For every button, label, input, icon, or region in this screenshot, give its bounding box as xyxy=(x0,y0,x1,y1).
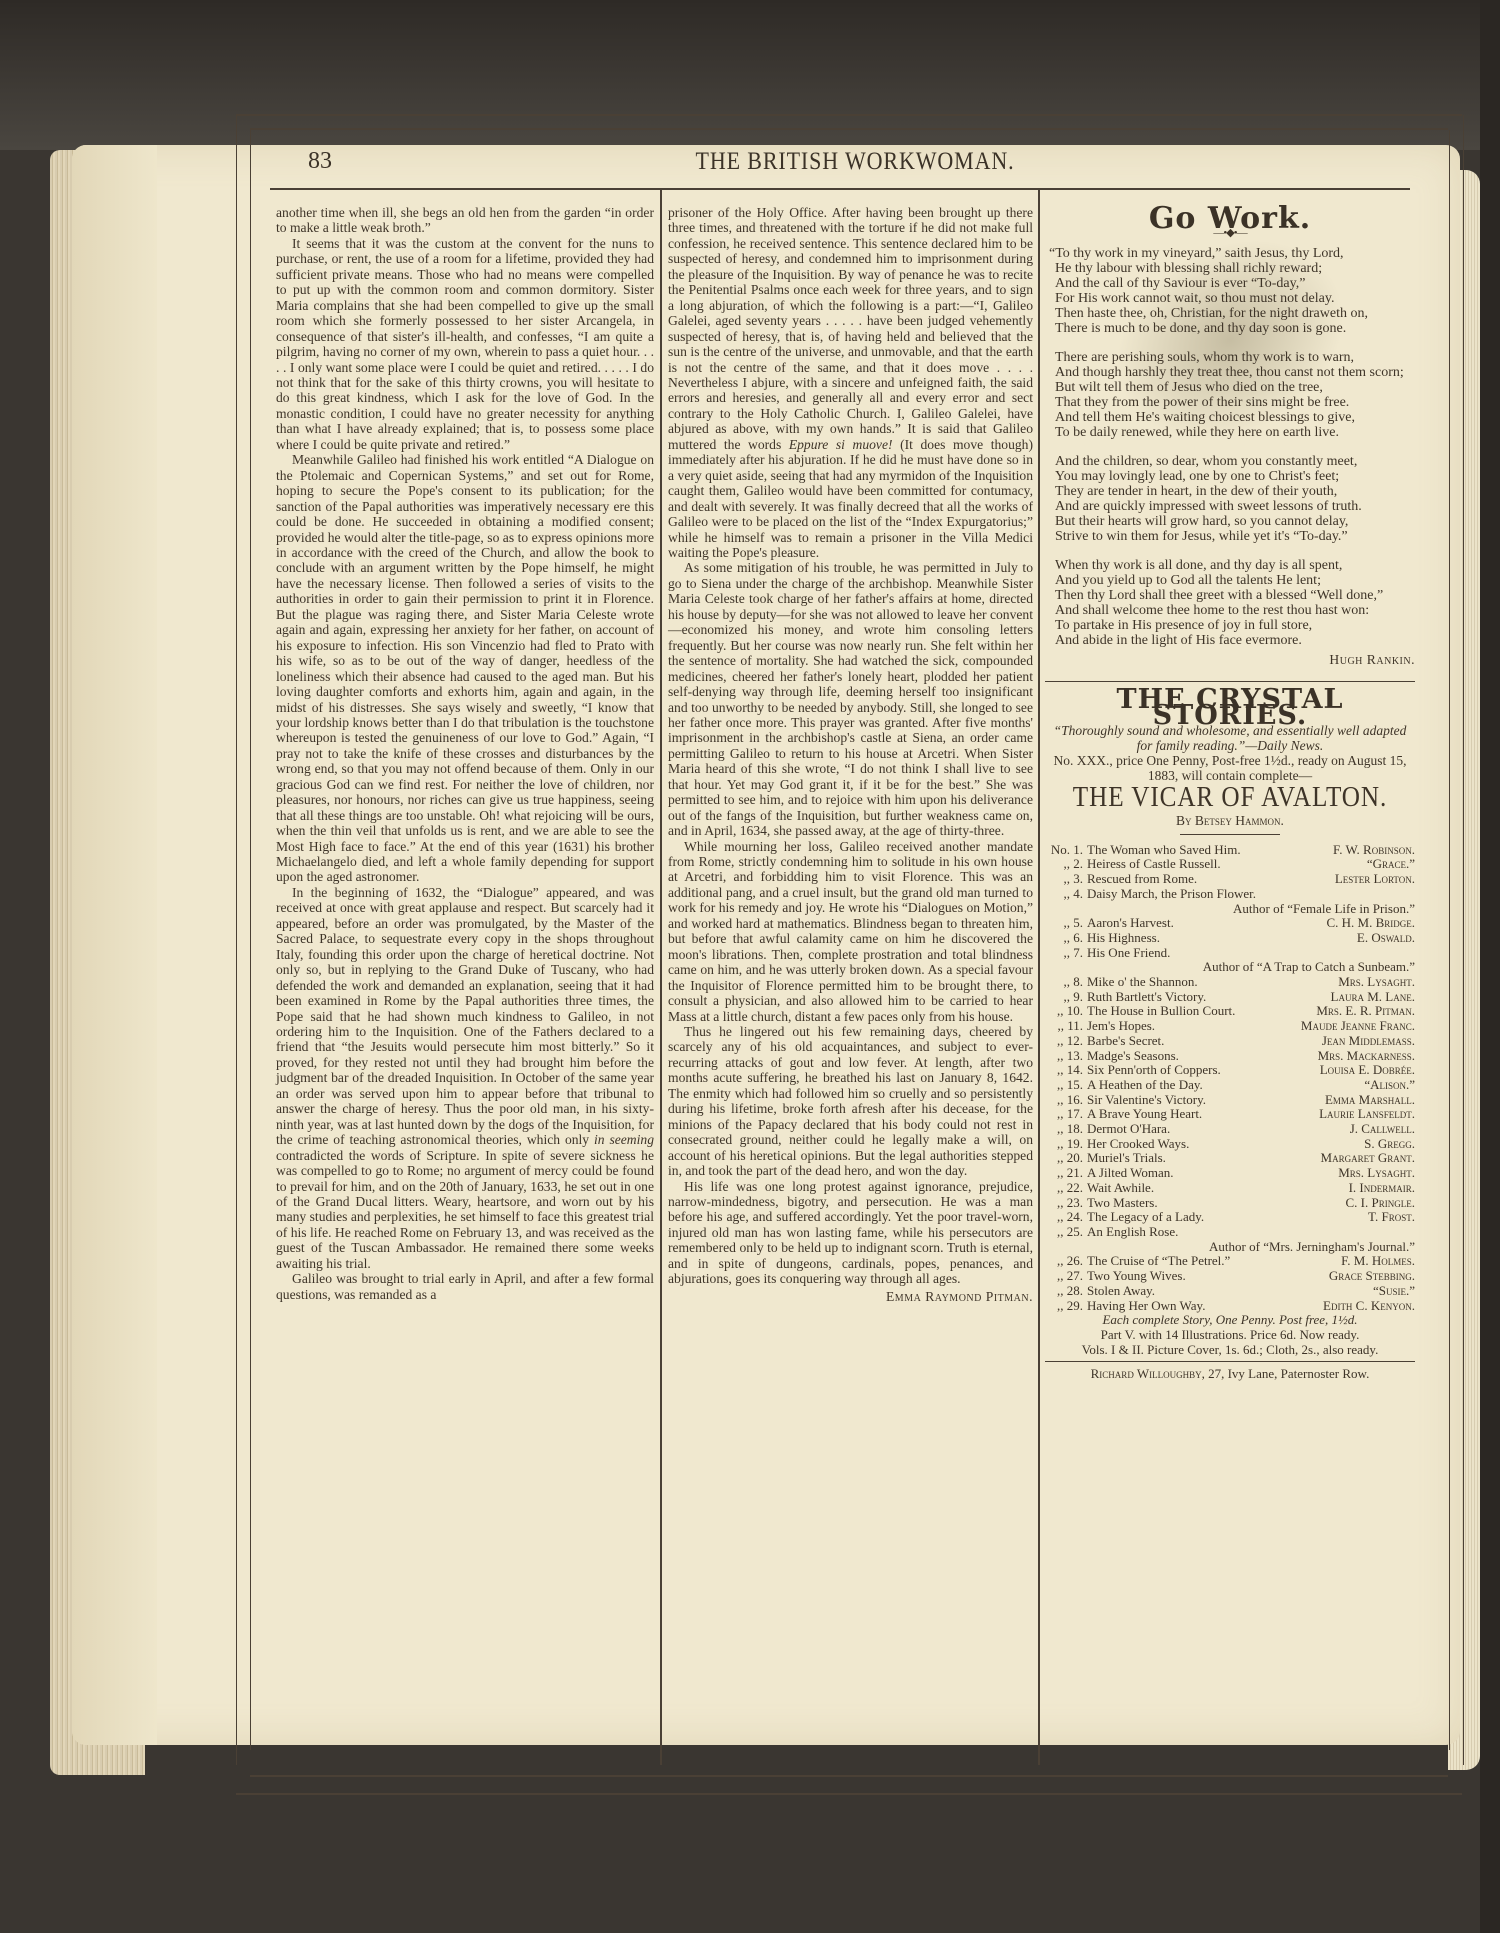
publisher-name: Richard Willoughby, xyxy=(1091,1366,1205,1381)
story-number: ,, 3. xyxy=(1045,872,1087,887)
story-author: Maude Jeanne Franc. xyxy=(1301,1019,1415,1034)
poem-line: That they from the power of their sins m… xyxy=(1045,395,1415,410)
story-title: Jem's Hopes. xyxy=(1087,1019,1301,1034)
story-list-item: ,, 25.An English Rose. xyxy=(1045,1225,1415,1240)
article-paragraph: Galileo was brought to trial early in Ap… xyxy=(276,1271,654,1302)
advert-price-note: Each complete Story, One Penny. Post fre… xyxy=(1045,1313,1415,1328)
article-column-1: another time when ill, she begs an old h… xyxy=(276,205,654,1302)
poem-line: And the call of thy Saviour is ever “To-… xyxy=(1045,276,1415,291)
story-author: Margaret Grant. xyxy=(1321,1151,1415,1166)
story-number: ,, 15. xyxy=(1045,1078,1087,1093)
poem-line: He thy labour with blessing shall richly… xyxy=(1045,261,1415,276)
story-title: A Heathen of the Day. xyxy=(1087,1078,1364,1093)
advert-publisher: Richard Willoughby, 27, Ivy Lane, Patern… xyxy=(1045,1361,1415,1381)
outer-top-rule xyxy=(236,114,1462,116)
masthead-title: THE BRITISH WORKWOMAN. xyxy=(349,148,1361,176)
story-list-item: ,, 24.The Legacy of a Lady.T. Frost. xyxy=(1045,1210,1415,1225)
poem-line: For His work cannot wait, so thou must n… xyxy=(1045,291,1415,306)
advertisement-crystal-stories: THE CRYSTAL STORIES. “Thoroughly sound a… xyxy=(1045,692,1415,1381)
column-divider-2 xyxy=(1038,190,1040,1765)
page-header: 83 THE BRITISH WORKWOMAN. xyxy=(280,140,1430,190)
article-paragraph: In the beginning of 1632, the “Dialogue”… xyxy=(276,885,654,1271)
poem-line: And you yield up to God all the talents … xyxy=(1045,573,1415,588)
story-number: ,, 10. xyxy=(1045,1004,1087,1019)
story-author: F. M. Holmes. xyxy=(1341,1254,1415,1269)
story-author: F. W. Robinson. xyxy=(1333,843,1415,858)
poem-title: Go Work. xyxy=(1045,211,1415,226)
story-list-item: ,, 13.Madge's Seasons.Mrs. Mackarness. xyxy=(1045,1049,1415,1064)
story-number: ,, 18. xyxy=(1045,1122,1087,1137)
story-author: E. Oswald. xyxy=(1357,931,1415,946)
story-list-item: ,, 17.A Brave Young Heart.Laurie Lansfel… xyxy=(1045,1107,1415,1122)
story-title: Daisy March, the Prison Flower. xyxy=(1087,887,1415,902)
poem-line: To partake in His presence of joy in ful… xyxy=(1045,618,1415,633)
story-title: Muriel's Trials. xyxy=(1087,1151,1321,1166)
poem-line: They are tender in heart, in the dew of … xyxy=(1045,484,1415,499)
story-title: A Brave Young Heart. xyxy=(1087,1107,1319,1122)
story-list: No. 1.The Woman who Saved Him.F. W. Robi… xyxy=(1045,843,1415,1314)
story-author: T. Frost. xyxy=(1368,1210,1415,1225)
story-author-attribution: Author of “A Trap to Catch a Sunbeam.” xyxy=(1045,960,1415,975)
page-gutter xyxy=(72,145,157,1745)
story-list-item: ,, 12.Barbe's Secret.Jean Middlemass. xyxy=(1045,1034,1415,1049)
story-list-item: ,, 10.The House in Bullion Court.Mrs. E.… xyxy=(1045,1004,1415,1019)
story-title: Having Her Own Way. xyxy=(1087,1299,1323,1314)
story-author: “Susie.” xyxy=(1373,1284,1415,1299)
story-author: Emma Marshall. xyxy=(1325,1093,1415,1108)
story-number: No. 1. xyxy=(1045,843,1087,858)
story-author-attribution: Author of “Female Life in Prison.” xyxy=(1045,902,1415,917)
story-list-item: ,, 11.Jem's Hopes.Maude Jeanne Franc. xyxy=(1045,1019,1415,1034)
story-list-item: ,, 23.Two Masters.C. I. Pringle. xyxy=(1045,1196,1415,1211)
advert-quote: “Thoroughly sound and wholesome, and ess… xyxy=(1045,723,1415,753)
story-number: ,, 20. xyxy=(1045,1151,1087,1166)
story-title: Barbe's Secret. xyxy=(1087,1034,1322,1049)
story-title: Wait Awhile. xyxy=(1087,1181,1349,1196)
story-number: ,, 4. xyxy=(1045,887,1087,902)
advert-feature-author: By Betsey Hammon. xyxy=(1045,813,1415,828)
story-author: C. H. M. Bridge. xyxy=(1326,916,1415,931)
story-title: Dermot O'Hara. xyxy=(1087,1122,1350,1137)
story-number: ,, 28. xyxy=(1045,1284,1087,1299)
article-column-2: prisoner of the Holy Office. After havin… xyxy=(668,205,1033,1304)
story-list-item: ,, 9.Ruth Bartlett's Victory.Laura M. La… xyxy=(1045,990,1415,1005)
story-list-item: No. 1.The Woman who Saved Him.F. W. Robi… xyxy=(1045,843,1415,858)
story-title: Madge's Seasons. xyxy=(1087,1049,1318,1064)
story-title: The Legacy of a Lady. xyxy=(1087,1210,1368,1225)
story-title: Heiress of Castle Russell. xyxy=(1087,857,1367,872)
advert-title: THE CRYSTAL STORIES. xyxy=(1045,692,1415,723)
story-list-item: ,, 29.Having Her Own Way.Edith C. Kenyon… xyxy=(1045,1299,1415,1314)
story-author-attribution: Author of “Mrs. Jerningham's Journal.” xyxy=(1045,1240,1415,1255)
story-title: Stolen Away. xyxy=(1087,1284,1373,1299)
story-list-item: ,, 7.His One Friend. xyxy=(1045,946,1415,961)
poem-line: But wilt tell them of Jesus who died on … xyxy=(1045,380,1415,395)
story-author: Mrs. E. R. Pitman. xyxy=(1316,1004,1415,1019)
inner-bottom-rule xyxy=(250,1775,1448,1777)
story-list-item: ,, 22.Wait Awhile.I. Indermair. xyxy=(1045,1181,1415,1196)
story-title: His Highness. xyxy=(1087,931,1357,946)
story-number: ,, 27. xyxy=(1045,1269,1087,1284)
poem-line: And the children, so dear, whom you cons… xyxy=(1045,454,1415,469)
story-author: Grace Stebbing. xyxy=(1329,1269,1415,1284)
poem-line: Strive to win them for Jesus, while yet … xyxy=(1045,529,1415,544)
article-paragraph: It seems that it was the custom at the c… xyxy=(276,236,654,452)
story-title: The Woman who Saved Him. xyxy=(1087,843,1333,858)
poem-stanza: “To thy work in my vineyard,” saith Jesu… xyxy=(1045,246,1415,336)
story-author: C. I. Pringle. xyxy=(1346,1196,1415,1211)
story-author: Mrs. Lysaght. xyxy=(1338,975,1415,990)
article-paragraph: As some mitigation of his trouble, he wa… xyxy=(668,560,1033,838)
poem-line: To be daily renewed, while they here on … xyxy=(1045,425,1415,440)
italic-phrase: Eppure si muove! xyxy=(789,437,893,452)
story-number: ,, 23. xyxy=(1045,1196,1087,1211)
story-author: Lester Lorton. xyxy=(1335,872,1415,887)
story-author: Edith C. Kenyon. xyxy=(1323,1299,1415,1314)
poem-line: Then haste thee, oh, Christian, for the … xyxy=(1045,306,1415,321)
story-number: ,, 21. xyxy=(1045,1166,1087,1181)
story-number: ,, 9. xyxy=(1045,990,1087,1005)
poem-line: There are perishing souls, whom thy work… xyxy=(1045,350,1415,365)
poem-line: When thy work is all done, and thy day i… xyxy=(1045,558,1415,573)
story-number: ,, 16. xyxy=(1045,1093,1087,1108)
story-number: ,, 6. xyxy=(1045,931,1087,946)
article-paragraph: While mourning her loss, Galileo receive… xyxy=(668,839,1033,1024)
story-title: An English Rose. xyxy=(1087,1225,1415,1240)
story-number: ,, 25. xyxy=(1045,1225,1087,1240)
italic-phrase: in seeming xyxy=(594,1132,654,1147)
story-list-item: ,, 2.Heiress of Castle Russell.“Grace.” xyxy=(1045,857,1415,872)
advert-feature-title: THE VICAR OF AVALTON. xyxy=(1064,783,1397,813)
story-number: ,, 17. xyxy=(1045,1107,1087,1122)
story-author: J. Callwell. xyxy=(1350,1122,1415,1137)
story-author: Jean Middlemass. xyxy=(1322,1034,1415,1049)
story-title: Two Masters. xyxy=(1087,1196,1346,1211)
article-paragraph: another time when ill, she begs an old h… xyxy=(276,205,654,236)
scan-background-right xyxy=(1480,0,1500,1933)
poem-line: But their hearts will grow hard, so you … xyxy=(1045,514,1415,529)
page-number: 83 xyxy=(308,148,332,175)
poem-line: And tell them He's waiting choicest bles… xyxy=(1045,410,1415,425)
poem-line: And shall welcome thee home to the rest … xyxy=(1045,603,1415,618)
story-list-item: ,, 3.Rescued from Rome.Lester Lorton. xyxy=(1045,872,1415,887)
story-list-item: ,, 15.A Heathen of the Day.“Alison.” xyxy=(1045,1078,1415,1093)
story-title: His One Friend. xyxy=(1087,946,1415,961)
ornament-divider-icon: —•◆•— xyxy=(1045,226,1415,241)
poem-stanza: When thy work is all done, and thy day i… xyxy=(1045,558,1415,648)
story-list-item: ,, 27.Two Young Wives.Grace Stebbing. xyxy=(1045,1269,1415,1284)
article-paragraph: Meanwhile Galileo had finished his work … xyxy=(276,452,654,885)
story-list-item: ,, 8.Mike o' the Shannon.Mrs. Lysaght. xyxy=(1045,975,1415,990)
story-list-item: ,, 21.A Jilted Woman.Mrs. Lysaght. xyxy=(1045,1166,1415,1181)
section-rule xyxy=(1045,681,1415,682)
story-title: Rescued from Rome. xyxy=(1087,872,1335,887)
story-title: Mike o' the Shannon. xyxy=(1087,975,1338,990)
poem-stanza: And the children, so dear, whom you cons… xyxy=(1045,454,1415,544)
story-title: The Cruise of “The Petrel.” xyxy=(1087,1254,1341,1269)
story-author: S. Gregg. xyxy=(1364,1137,1415,1152)
article-text: (It does move though) immediately after … xyxy=(668,437,1033,560)
poem-line: You may lovingly lead, one by one to Chr… xyxy=(1045,469,1415,484)
story-title: Ruth Bartlett's Victory. xyxy=(1087,990,1331,1005)
poem-line: There is much to be done, and thy day so… xyxy=(1045,321,1415,336)
story-author: Louisa E. Dobrée. xyxy=(1320,1063,1415,1078)
article-author-signature: Emma Raymond Pitman. xyxy=(668,1289,1033,1304)
story-number: ,, 26. xyxy=(1045,1254,1087,1269)
story-number: ,, 13. xyxy=(1045,1049,1087,1064)
story-number: ,, 5. xyxy=(1045,916,1087,931)
story-author: Laura M. Lane. xyxy=(1331,990,1415,1005)
story-list-item: ,, 18.Dermot O'Hara.J. Callwell. xyxy=(1045,1122,1415,1137)
story-list-item: ,, 4.Daisy March, the Prison Flower. xyxy=(1045,887,1415,902)
story-list-item: ,, 5.Aaron's Harvest.C. H. M. Bridge. xyxy=(1045,916,1415,931)
advert-separator xyxy=(1180,834,1280,835)
story-number: ,, 7. xyxy=(1045,946,1087,961)
story-number: ,, 14. xyxy=(1045,1063,1087,1078)
story-number: ,, 11. xyxy=(1045,1019,1087,1034)
article-paragraph: Thus he lingered out his few remaining d… xyxy=(668,1024,1033,1179)
story-author: I. Indermair. xyxy=(1349,1181,1415,1196)
story-number: ,, 8. xyxy=(1045,975,1087,990)
advert-part-note: Part V. with 14 Illustrations. Price 6d.… xyxy=(1045,1328,1415,1343)
poem-line: “To thy work in my vineyard,” saith Jesu… xyxy=(1045,246,1415,261)
article-text: prisoner of the Holy Office. After havin… xyxy=(668,205,1033,452)
poem-line: And though harshly they treat thee, thou… xyxy=(1045,365,1415,380)
article-paragraph: prisoner of the Holy Office. After havin… xyxy=(668,205,1033,560)
article-paragraph: His life was one long protest against ig… xyxy=(668,1179,1033,1287)
story-number: ,, 24. xyxy=(1045,1210,1087,1225)
outer-bottom-rule xyxy=(236,1793,1462,1795)
story-title: Aaron's Harvest. xyxy=(1087,916,1326,931)
poem-line: And are quickly impressed with sweet les… xyxy=(1045,499,1415,514)
story-number: ,, 19. xyxy=(1045,1137,1087,1152)
story-number: ,, 22. xyxy=(1045,1181,1087,1196)
story-list-item: ,, 16.Sir Valentine's Victory.Emma Marsh… xyxy=(1045,1093,1415,1108)
story-title: The House in Bullion Court. xyxy=(1087,1004,1316,1019)
story-list-item: ,, 14.Six Penn'orth of Coppers.Louisa E.… xyxy=(1045,1063,1415,1078)
story-list-item: ,, 19.Her Crooked Ways.S. Gregg. xyxy=(1045,1137,1415,1152)
poem: Go Work. —•◆•— “To thy work in my vineya… xyxy=(1045,211,1415,667)
poem-line: And abide in the light of His face everm… xyxy=(1045,633,1415,648)
column-3: Go Work. —•◆•— “To thy work in my vineya… xyxy=(1045,205,1415,1382)
poem-author: Hugh Rankin. xyxy=(1045,652,1415,667)
story-title: Her Crooked Ways. xyxy=(1087,1137,1364,1152)
story-title: Two Young Wives. xyxy=(1087,1269,1329,1284)
story-title: Six Penn'orth of Coppers. xyxy=(1087,1063,1320,1078)
article-text: In the beginning of 1632, the “Dialogue”… xyxy=(276,885,654,1147)
story-list-item: ,, 26.The Cruise of “The Petrel.”F. M. H… xyxy=(1045,1254,1415,1269)
story-title: Sir Valentine's Victory. xyxy=(1087,1093,1325,1108)
publisher-address: 27, Ivy Lane, Paternoster Row. xyxy=(1205,1366,1370,1381)
story-number: ,, 2. xyxy=(1045,857,1087,872)
story-list-item: ,, 20.Muriel's Trials.Margaret Grant. xyxy=(1045,1151,1415,1166)
advert-vols-note: Vols. I & II. Picture Cover, 1s. 6d.; Cl… xyxy=(1045,1343,1415,1358)
article-text: contradicted the words of Scripture. In … xyxy=(276,1148,654,1271)
advert-issue-info: No. XXX., price One Penny, Post-free 1½d… xyxy=(1045,753,1415,783)
poem-stanzas: “To thy work in my vineyard,” saith Jesu… xyxy=(1045,246,1415,648)
story-author: “Grace.” xyxy=(1367,857,1415,872)
story-author: Mrs. Mackarness. xyxy=(1318,1049,1415,1064)
poem-line: Then thy Lord shall thee greet with a bl… xyxy=(1045,588,1415,603)
story-number: ,, 12. xyxy=(1045,1034,1087,1049)
story-author: “Alison.” xyxy=(1364,1078,1415,1093)
column-divider-1 xyxy=(660,190,662,1765)
story-number: ,, 29. xyxy=(1045,1299,1087,1314)
story-author: Mrs. Lysaght. xyxy=(1338,1166,1415,1181)
poem-stanza: There are perishing souls, whom thy work… xyxy=(1045,350,1415,440)
story-list-item: ,, 28.Stolen Away.“Susie.” xyxy=(1045,1284,1415,1299)
story-list-item: ,, 6.His Highness.E. Oswald. xyxy=(1045,931,1415,946)
story-author: Laurie Lansfeldt. xyxy=(1319,1107,1415,1122)
story-title: A Jilted Woman. xyxy=(1087,1166,1338,1181)
